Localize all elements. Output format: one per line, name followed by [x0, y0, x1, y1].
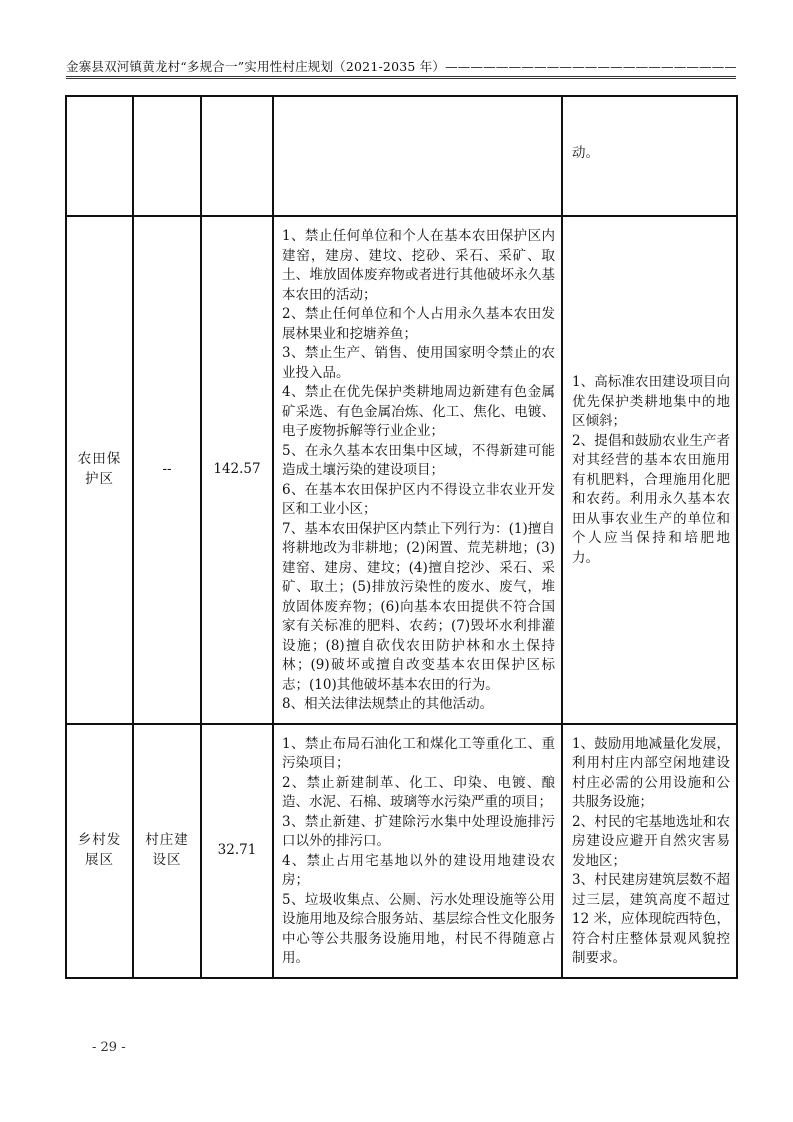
restriction-item: 7、基本农田保护区内禁止下列行为：(1)擅自将耕地改为非耕地；(2)闲置、荒芜耕…	[282, 520, 555, 696]
guidance-item: 2、村民的宅基地选址和农房建设应避开自然灾害易发地区；	[572, 813, 730, 872]
zoning-control-table: 动。 农田保护区 -- 142.57 1、禁止任何单位和个人在基本农田保护区内建…	[65, 95, 738, 979]
guidance-item: 动。	[572, 144, 730, 164]
subzone-cell: 村庄建设区	[133, 724, 201, 978]
restriction-item: 5、在永久基本农田集中区域，不得新建可能造成土壤污染的建设项目；	[282, 442, 555, 481]
guidance-item: 1、鼓励用地减量化发展，利用村庄内部空闲地建设村庄必需的公用设施和公共服务设施；	[572, 735, 730, 813]
restriction-item: 8、相关法律法规禁止的其他活动。	[282, 695, 555, 715]
subzone-cell	[133, 96, 201, 216]
guidance-cell: 动。	[562, 96, 737, 216]
zone-label: 乡村发展区	[74, 831, 126, 870]
guidance-item: 1、高标准农田建设项目向优先保护类耕地集中的地区倾斜；	[572, 373, 730, 432]
table-row-continuation: 动。	[66, 96, 737, 216]
restrictions-cell	[273, 96, 562, 216]
subzone-label: 村庄建设区	[141, 831, 193, 870]
restrictions-cell: 1、禁止布局石油化工和煤化工等重化工、重污染项目； 2、禁止新建制革、化工、印染…	[273, 724, 562, 978]
zone-cell	[66, 96, 133, 216]
running-header: 金寨县双河镇黄龙村“多规合一”实用性村庄规划（2021-2035 年）—————…	[66, 58, 736, 79]
guidance-item: 2、提倡和鼓励农业生产者对其经营的基本农田施用有机肥料，合理施用化肥和农药。利用…	[572, 432, 730, 569]
restriction-item: 4、禁止在优先保护类耕地周边新建有色金属矿采选、有色金属冶炼、化工、焦化、电镀、…	[282, 383, 555, 442]
restriction-item: 2、禁止任何单位和个人占用永久基本农田发展林果业和挖塘养鱼；	[282, 305, 555, 344]
restriction-item: 4、禁止占用宅基地以外的建设用地建设农房；	[282, 852, 555, 891]
area-cell: 32.71	[201, 724, 273, 978]
page-number: - 29 -	[92, 1040, 126, 1055]
zone-cell: 乡村发展区	[66, 724, 133, 978]
header-rule: ————————————————————————————	[445, 58, 736, 76]
restriction-item: 3、禁止新建、扩建除污水集中处理设施排污口以外的排污口。	[282, 813, 555, 852]
restrictions-cell: 1、禁止任何单位和个人在基本农田保护区内建窑，建房、建坟、挖砂、采石、采矿、取土…	[273, 216, 562, 724]
restriction-item: 2、禁止新建制革、化工、印染、电镀、酿造、水泥、石棉、玻璃等水污染严重的项目；	[282, 774, 555, 813]
zone-cell: 农田保护区	[66, 216, 133, 724]
guidance-item: 3、村民建房建筑层数不超过三层，建筑高度不超过 12 米，应体现皖西特色，符合村…	[572, 871, 730, 969]
guidance-cell: 1、高标准农田建设项目向优先保护类耕地集中的地区倾斜； 2、提倡和鼓励农业生产者…	[562, 216, 737, 724]
subzone-cell: --	[133, 216, 201, 724]
restriction-item: 6、在基本农田保护区内不得设立非农业开发区和工业小区；	[282, 481, 555, 520]
restriction-item: 1、禁止任何单位和个人在基本农田保护区内建窑，建房、建坟、挖砂、采石、采矿、取土…	[282, 227, 555, 305]
document-title: 金寨县双河镇黄龙村“多规合一”实用性村庄规划（2021-2035 年）	[66, 59, 445, 74]
area-cell: 142.57	[201, 216, 273, 724]
table-row-rural-development: 乡村发展区 村庄建设区 32.71 1、禁止布局石油化工和煤化工等重化工、重污染…	[66, 724, 737, 978]
restriction-item: 3、禁止生产、销售、使用国家明令禁止的农业投入品。	[282, 344, 555, 383]
restriction-item: 1、禁止布局石油化工和煤化工等重化工、重污染项目；	[282, 735, 555, 774]
restriction-item: 5、垃圾收集点、公厕、污水处理设施等公用设施用地及综合服务站、基层综合性文化服务…	[282, 891, 555, 969]
zone-label: 农田保护区	[74, 450, 126, 489]
area-cell	[201, 96, 273, 216]
guidance-cell: 1、鼓励用地减量化发展，利用村庄内部空闲地建设村庄必需的公用设施和公共服务设施；…	[562, 724, 737, 978]
table-row-farmland-protection: 农田保护区 -- 142.57 1、禁止任何单位和个人在基本农田保护区内建窑，建…	[66, 216, 737, 724]
